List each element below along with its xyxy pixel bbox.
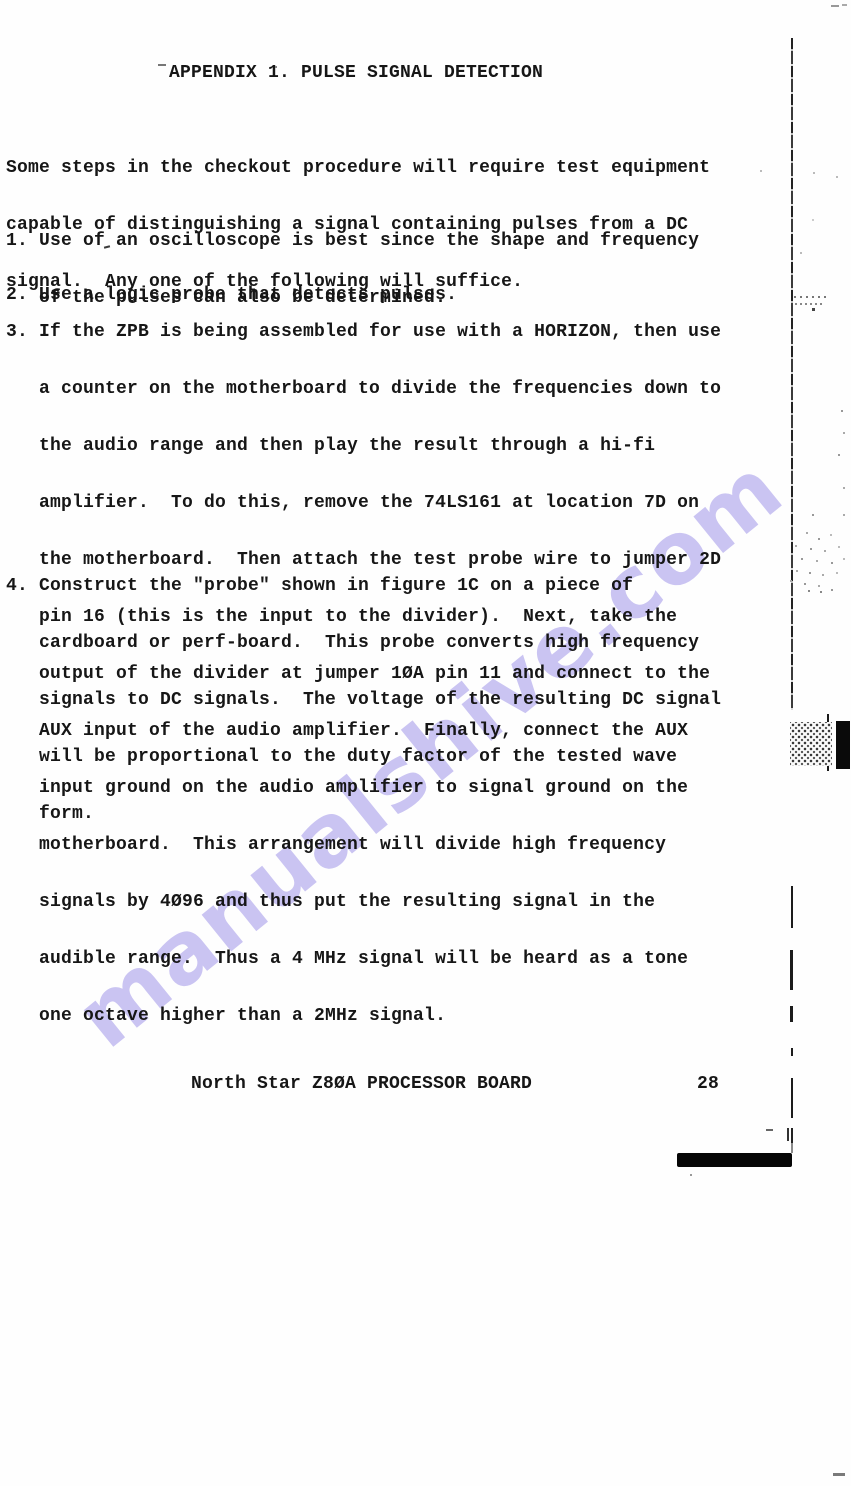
scan-artifact-halftone-block [790, 722, 832, 766]
scan-artifact-dash [766, 1129, 773, 1131]
item-line: cardboard or perf-board. This probe conv… [39, 634, 721, 653]
item-line: a counter on the motherboard to divide t… [39, 380, 721, 399]
scan-artifact-tick [790, 950, 793, 990]
list-item-4: 4.Construct the "probe" shown in figure … [6, 539, 721, 862]
item-number: 4. [6, 577, 39, 596]
item-line: If the ZPB is being assembled for use wi… [39, 322, 721, 342]
scan-artifact-dotted-row [794, 296, 827, 298]
item-line: one octave higher than a 2MHz signal. [39, 1007, 721, 1026]
footer-text: North Star Z8ØA PROCESSOR BOARD [191, 1075, 532, 1094]
item-line: form. [39, 805, 721, 824]
intro-line: Some steps in the checkout procedure wil… [6, 159, 710, 178]
scan-artifact-tick [791, 1078, 793, 1118]
scan-artifact-vertical-line [791, 38, 793, 710]
scan-artifact-tick [787, 1128, 789, 1141]
item-line: signals to DC signals. The voltage of th… [39, 691, 721, 710]
page-number: 28 [697, 1075, 719, 1094]
scan-artifact-dash [158, 64, 166, 66]
page-title: APPENDIX 1. PULSE SIGNAL DETECTION [169, 64, 543, 83]
scan-artifact-dot [812, 308, 815, 311]
item-line: amplifier. To do this, remove the 74LS16… [39, 494, 721, 513]
item-line: audible range. Thus a 4 MHz signal will … [39, 950, 721, 969]
scan-artifact-black-bar-right [836, 721, 850, 769]
item-line: Construct the "probe" shown in figure 1C… [39, 576, 633, 596]
scan-artifact-black-bar-bottom [677, 1153, 792, 1167]
item-line: signals by 4Ø96 and thus put the resulti… [39, 893, 721, 912]
item-line: the audio range and then play the result… [39, 437, 721, 456]
scan-artifact-dotted-row [795, 303, 825, 305]
scan-artifact-dot [690, 1174, 692, 1176]
item-number: 3. [6, 323, 39, 342]
scan-artifact-tick [790, 1006, 793, 1022]
scan-artifact-dash [842, 4, 847, 6]
scan-artifact-dash [831, 5, 839, 7]
scan-artifact-tick [791, 1048, 793, 1056]
scan-artifact-dot [275, 66, 277, 68]
scan-artifact-tick [791, 1128, 793, 1153]
scan-artifact-tick [791, 886, 793, 928]
item-line: will be proportional to the duty factor … [39, 748, 721, 767]
scan-artifact-dash [833, 1473, 845, 1476]
scanned-manual-page: manualshive.com APPENDIX 1. PULSE SIGNAL… [0, 0, 851, 1486]
scan-artifact-speckles [760, 170, 762, 172]
